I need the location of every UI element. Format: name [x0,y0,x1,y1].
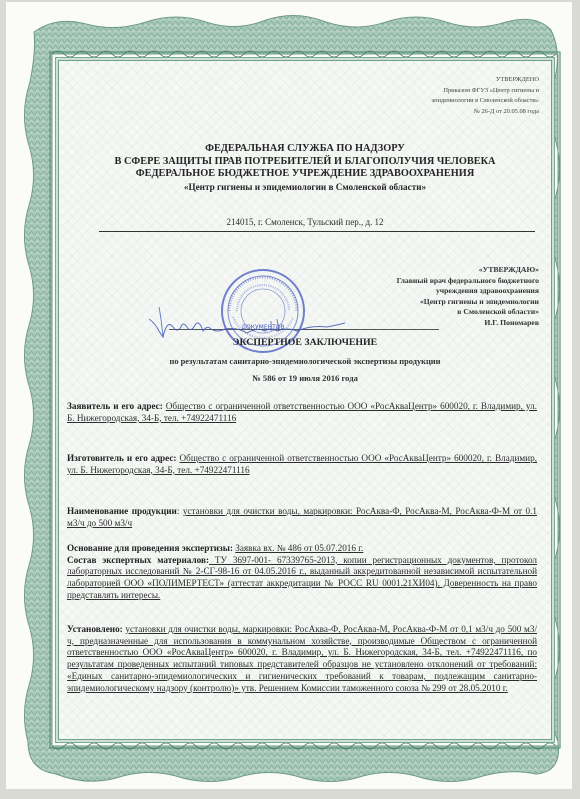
section-product-name: Наименование продукции: установки для оч… [67,506,537,529]
approval-signature-block: «УТВЕРЖДАЮ» Главный врач федерального бю… [319,265,539,328]
document-content: УТВЕРЖДЕНО Приказом ФГУЗ «Центр гигиены … [58,60,552,740]
organization-address: 214015, г. Смоленск, Тульский пер., д. 1… [59,217,551,227]
section-materials: Состав экспертных материалов: ТУ 3697-00… [67,555,537,602]
section-basis: Основание для проведения экспертизы: Зая… [67,543,537,555]
section-manufacturer: Изготовитель и его адрес: Общество с огр… [67,453,537,476]
document-number: № 586 от 19 июля 2016 года [59,373,551,383]
section-applicant: Заявитель и его адрес: Общество с ограни… [67,401,537,424]
section-value: Заявка вх. № 486 от 05.07.2016 г. [235,543,363,553]
signatory-name: И.Г. Пономарев [319,318,539,329]
approved-title: УТВЕРЖДЕНО [389,75,539,86]
document-subtitle: по результатам санитарно-эпидемиологичес… [59,357,551,366]
approved-by-order-block: УТВЕРЖДЕНО Приказом ФГУЗ «Центр гигиены … [389,75,539,117]
header-line: В СФЕРЕ ЗАЩИТЫ ПРАВ ПОТРЕБИТЕЛЕЙ И БЛАГО… [59,156,551,169]
section-label: Наименование продукции [67,506,177,516]
section-label: Заявитель и его адрес: [67,401,163,411]
section-basis-materials: Основание для проведения экспертизы: Зая… [67,543,537,602]
approve-line: Главный врач федерального бюджетного [319,276,539,287]
section-label: Установлено: [67,624,123,634]
approve-title: «УТВЕРЖДАЮ» [319,265,539,276]
document-page: УТВЕРЖДЕНО Приказом ФГУЗ «Центр гигиены … [6,2,572,789]
header-line: ФЕДЕРАЛЬНОЕ БЮДЖЕТНОЕ УЧРЕЖДЕНИЕ ЗДРАВОО… [59,168,551,181]
approved-line: Приказом ФГУЗ «Центр гигиены и [389,86,539,97]
document-title: ЭКСПЕРТНОЕ ЗАКЛЮЧЕНИЕ [59,337,551,348]
header-divider [99,231,535,232]
section-label: Изготовитель и его адрес: [67,453,177,463]
approve-line: в Смоленской области» [319,307,539,318]
approved-line: эпидемиологии в Смоленской области» [389,96,539,107]
section-label: Основание для проведения экспертизы: [67,543,233,553]
section-established: Установлено: установки для очистки воды,… [67,624,537,694]
approve-line: «Центр гигиены и эпидемиологии [319,297,539,308]
approved-line: № 26-Д от 20.05.08 года [389,107,539,118]
header-organization-name: «Центр гигиены и эпидемиологии в Смоленс… [59,181,551,194]
header-line: ФЕДЕРАЛЬНАЯ СЛУЖБА ПО НАДЗОРУ [59,143,551,156]
organization-header: ФЕДЕРАЛЬНАЯ СЛУЖБА ПО НАДЗОРУ В СФЕРЕ ЗА… [59,143,551,193]
approve-line: учреждения здравоохранения [319,286,539,297]
section-value: установки для очистки воды, маркировки: … [67,624,537,693]
section-label: Состав экспертных материалов: [67,555,209,565]
